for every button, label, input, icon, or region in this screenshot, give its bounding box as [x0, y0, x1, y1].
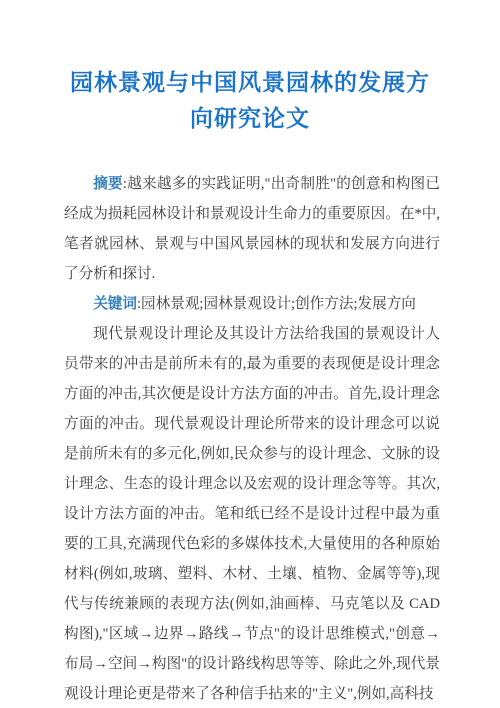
abstract-paragraph: 摘要:越来越多的实践证明,"出奇制胜"的创意和构图已经成为损耗园林设计和景观设计… — [64, 169, 440, 289]
keywords-text: :园林景观;园林景观设计;创作方法;发展方向 — [137, 296, 416, 312]
document-page: 园林景观与中国风景园林的发展方 向研究论文 摘要:越来越多的实践证明,"出奇制胜… — [0, 0, 500, 708]
document-content: 摘要:越来越多的实践证明,"出奇制胜"的创意和构图已经成为损耗园林设计和景观设计… — [64, 169, 440, 708]
document-title-line-1: 园林景观与中国风景园林的发展方 — [0, 64, 500, 100]
body-text: 现代景观设计理论及其设计方法给我国的景观设计人员带来的冲击是前所未有的,最为重要… — [64, 326, 440, 702]
body-paragraph: 现代景观设计理论及其设计方法给我国的景观设计人员带来的冲击是前所未有的,最为重要… — [64, 319, 440, 708]
keywords-label: 关键词 — [93, 296, 137, 312]
keywords-paragraph: 关键词:园林景观;园林景观设计;创作方法;发展方向 — [64, 289, 440, 319]
document-title: 园林景观与中国风景园林的发展方 向研究论文 — [0, 64, 500, 136]
abstract-label: 摘要 — [93, 176, 123, 192]
document-title-line-2: 向研究论文 — [0, 100, 500, 136]
